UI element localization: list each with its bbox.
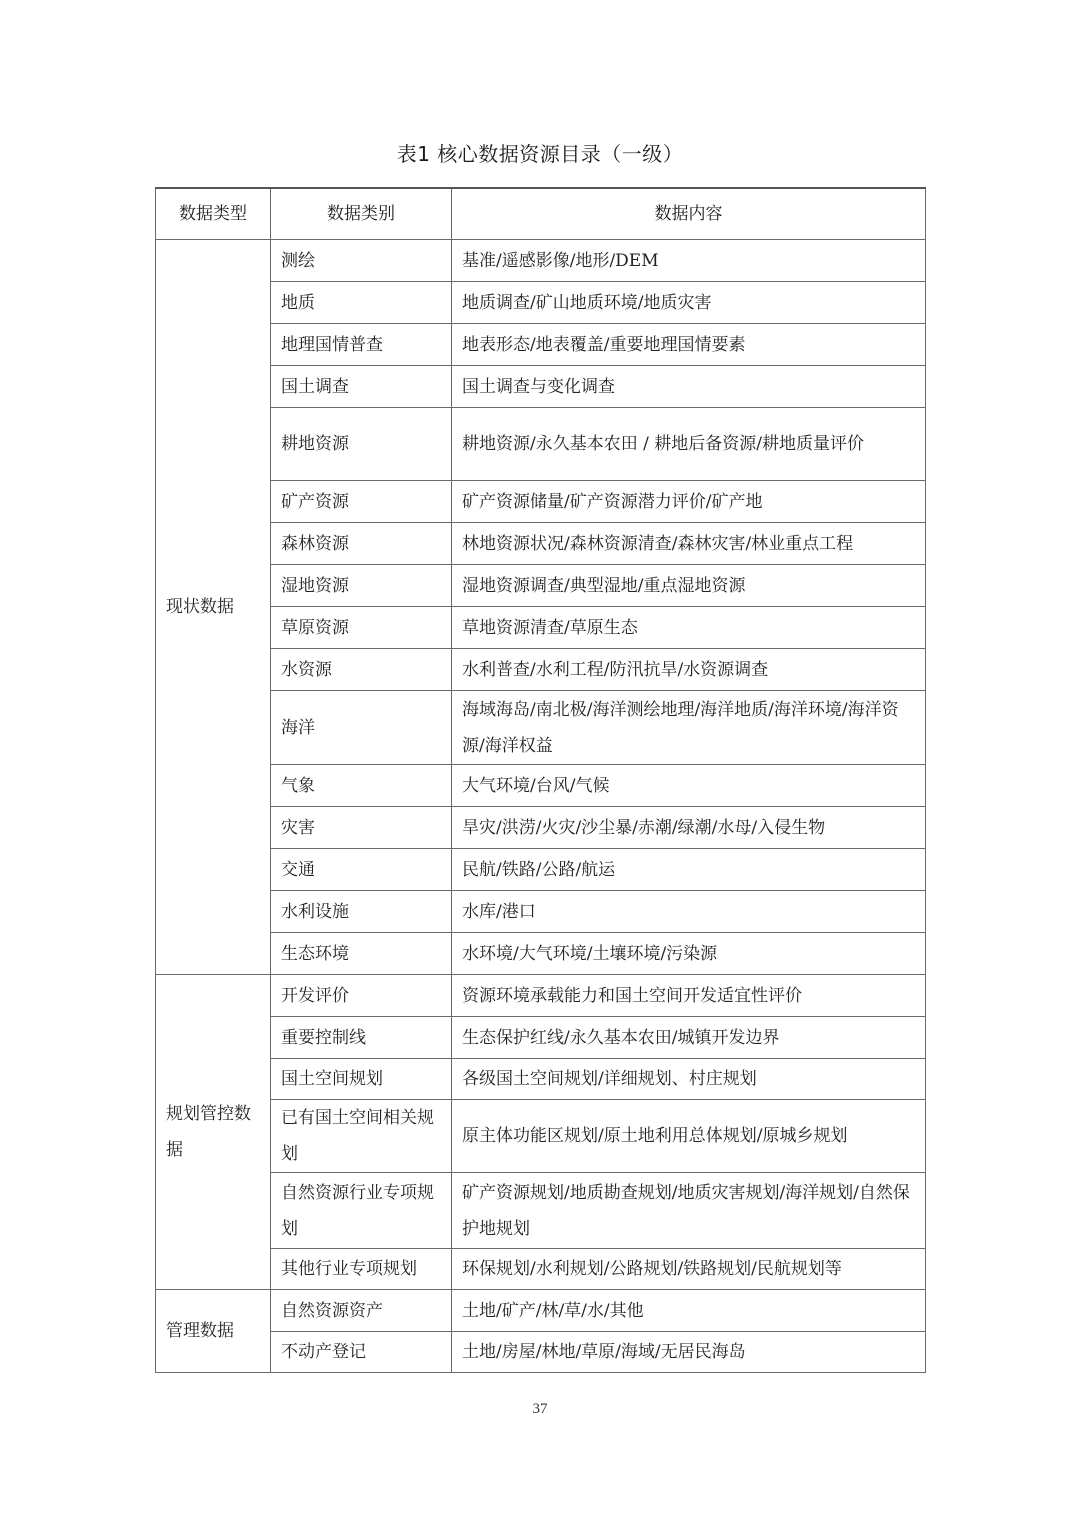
data-category-cell: 耕地资源: [271, 408, 452, 481]
data-category-cell: 矿产资源: [271, 481, 452, 523]
header-data-type: 数据类型: [156, 188, 271, 240]
table-row: 自然资源行业专项规划矿产资源规划/地质勘查规划/地质灾害规划/海洋规划/自然保护…: [156, 1173, 926, 1249]
data-content-cell: 矿产资源规划/地质勘查规划/地质灾害规划/海洋规划/自然保护地规划: [452, 1173, 926, 1249]
header-data-content: 数据内容: [452, 188, 926, 240]
data-content-cell: 基准/遥感影像/地形/DEM: [452, 240, 926, 282]
data-content-cell: 林地资源状况/森林资源清查/森林灾害/林业重点工程: [452, 523, 926, 565]
table-row: 森林资源林地资源状况/森林资源清查/森林灾害/林业重点工程: [156, 523, 926, 565]
data-category-cell: 水资源: [271, 649, 452, 691]
data-category-cell: 自然资源资产: [271, 1290, 452, 1332]
data-category-cell: 地理国情普查: [271, 324, 452, 366]
data-content-cell: 资源环境承载能力和国土空间开发适宜性评价: [452, 975, 926, 1017]
data-content-cell: 水利普查/水利工程/防汛抗旱/水资源调查: [452, 649, 926, 691]
data-content-cell: 耕地资源/永久基本农田 / 耕地后备资源/耕地质量评价: [452, 408, 926, 481]
data-category-cell: 其他行业专项规划: [271, 1249, 452, 1290]
table-row: 不动产登记土地/房屋/林地/草原/海域/无居民海岛: [156, 1332, 926, 1373]
data-content-cell: 矿产资源储量/矿产资源潜力评价/矿产地: [452, 481, 926, 523]
data-type-cell: 现状数据: [156, 240, 271, 975]
table-row: 规划管控数据开发评价资源环境承载能力和国土空间开发适宜性评价: [156, 975, 926, 1017]
data-category-cell: 海洋: [271, 691, 452, 765]
table-row: 水资源水利普查/水利工程/防汛抗旱/水资源调查: [156, 649, 926, 691]
data-category-cell: 国土空间规划: [271, 1059, 452, 1100]
data-category-cell: 湿地资源: [271, 565, 452, 607]
data-category-cell: 不动产登记: [271, 1332, 452, 1373]
table-row: 湿地资源湿地资源调查/典型湿地/重点湿地资源: [156, 565, 926, 607]
data-content-cell: 原主体功能区规划/原土地利用总体规划/原城乡规划: [452, 1100, 926, 1173]
data-content-cell: 国土调查与变化调查: [452, 366, 926, 408]
data-category-cell: 开发评价: [271, 975, 452, 1017]
data-content-cell: 土地/房屋/林地/草原/海域/无居民海岛: [452, 1332, 926, 1373]
data-content-cell: 地表形态/地表覆盖/重要地理国情要素: [452, 324, 926, 366]
table-row: 草原资源草地资源清查/草原生态: [156, 607, 926, 649]
data-category-cell: 重要控制线: [271, 1017, 452, 1059]
data-category-cell: 气象: [271, 765, 452, 807]
table-row: 已有国土空间相关规划原主体功能区规划/原土地利用总体规划/原城乡规划: [156, 1100, 926, 1173]
table-row: 海洋海域海岛/南北极/海洋测绘地理/海洋地质/海洋环境/海洋资源/海洋权益: [156, 691, 926, 765]
data-category-cell: 灾害: [271, 807, 452, 849]
data-content-cell: 海域海岛/南北极/海洋测绘地理/海洋地质/海洋环境/海洋资源/海洋权益: [452, 691, 926, 765]
table-row: 国土调查国土调查与变化调查: [156, 366, 926, 408]
table-row: 其他行业专项规划环保规划/水利规划/公路规划/铁路规划/民航规划等: [156, 1249, 926, 1290]
data-category-cell: 森林资源: [271, 523, 452, 565]
data-category-cell: 生态环境: [271, 933, 452, 975]
table-title: 表1 核心数据资源目录（一级）: [0, 138, 1080, 167]
data-type-cell: 管理数据: [156, 1290, 271, 1373]
table-row: 地理国情普查地表形态/地表覆盖/重要地理国情要素: [156, 324, 926, 366]
data-category-cell: 测绘: [271, 240, 452, 282]
table-row: 交通民航/铁路/公路/航运: [156, 849, 926, 891]
data-content-cell: 湿地资源调查/典型湿地/重点湿地资源: [452, 565, 926, 607]
data-category-cell: 国土调查: [271, 366, 452, 408]
data-content-cell: 旱灾/洪涝/火灾/沙尘暴/赤潮/绿潮/水母/入侵生物: [452, 807, 926, 849]
header-data-category: 数据类别: [271, 188, 452, 240]
data-category-cell: 已有国土空间相关规划: [271, 1100, 452, 1173]
core-data-resource-table: 数据类型 数据类别 数据内容 现状数据测绘基准/遥感影像/地形/DEM地质地质调…: [155, 187, 926, 1373]
data-content-cell: 环保规划/水利规划/公路规划/铁路规划/民航规划等: [452, 1249, 926, 1290]
data-content-cell: 各级国土空间规划/详细规划、村庄规划: [452, 1059, 926, 1100]
data-content-cell: 水库/港口: [452, 891, 926, 933]
data-content-cell: 大气环境/台风/气候: [452, 765, 926, 807]
table-row: 国土空间规划各级国土空间规划/详细规划、村庄规划: [156, 1059, 926, 1100]
table-row: 矿产资源矿产资源储量/矿产资源潜力评价/矿产地: [156, 481, 926, 523]
data-content-cell: 民航/铁路/公路/航运: [452, 849, 926, 891]
table-row: 管理数据自然资源资产土地/矿产/林/草/水/其他: [156, 1290, 926, 1332]
data-content-cell: 水环境/大气环境/土壤环境/污染源: [452, 933, 926, 975]
table-row: 生态环境水环境/大气环境/土壤环境/污染源: [156, 933, 926, 975]
data-content-cell: 地质调查/矿山地质环境/地质灾害: [452, 282, 926, 324]
table-row: 重要控制线生态保护红线/永久基本农田/城镇开发边界: [156, 1017, 926, 1059]
table-header-row: 数据类型 数据类别 数据内容: [156, 188, 926, 240]
data-category-cell: 草原资源: [271, 607, 452, 649]
table-row: 灾害旱灾/洪涝/火灾/沙尘暴/赤潮/绿潮/水母/入侵生物: [156, 807, 926, 849]
table-row: 气象大气环境/台风/气候: [156, 765, 926, 807]
data-type-cell: 规划管控数据: [156, 975, 271, 1290]
data-category-cell: 自然资源行业专项规划: [271, 1173, 452, 1249]
data-content-cell: 土地/矿产/林/草/水/其他: [452, 1290, 926, 1332]
table-row: 地质地质调查/矿山地质环境/地质灾害: [156, 282, 926, 324]
table-row: 耕地资源耕地资源/永久基本农田 / 耕地后备资源/耕地质量评价: [156, 408, 926, 481]
data-category-cell: 交通: [271, 849, 452, 891]
data-content-cell: 草地资源清查/草原生态: [452, 607, 926, 649]
page-number: 37: [0, 1401, 1080, 1418]
data-content-cell: 生态保护红线/永久基本农田/城镇开发边界: [452, 1017, 926, 1059]
table-row: 现状数据测绘基准/遥感影像/地形/DEM: [156, 240, 926, 282]
table-body: 现状数据测绘基准/遥感影像/地形/DEM地质地质调查/矿山地质环境/地质灾害地理…: [156, 240, 926, 1373]
table-row: 水利设施水库/港口: [156, 891, 926, 933]
data-category-cell: 水利设施: [271, 891, 452, 933]
data-category-cell: 地质: [271, 282, 452, 324]
